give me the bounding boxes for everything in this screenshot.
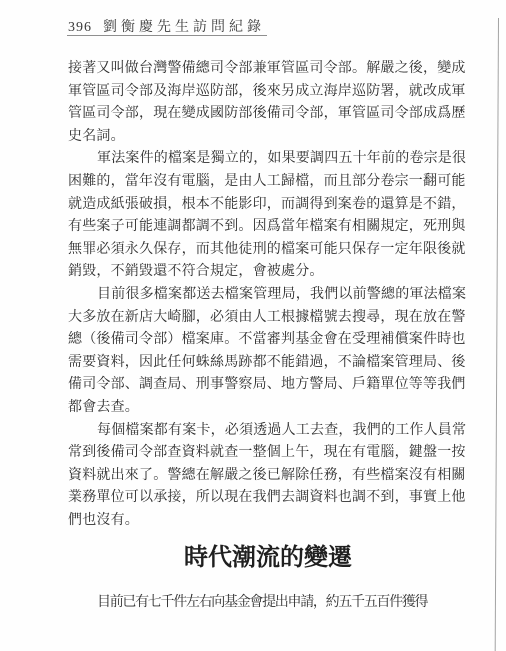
page-number: 396 [68,20,92,36]
text-line: 無罪必須永久保存，而其他徒刑的檔案可能只保存一定年限後就 [68,239,468,262]
text-line: 史名詞。 [68,126,468,149]
text-line: 都會去查。 [68,397,468,420]
text-line: 備司令部、調查局、刑事警察局、地方警局、戶籍單位等等我們 [68,374,468,397]
text-line: 目前很多檔案都送去檔案管理局，我們以前警總的軍法檔案 [68,284,468,307]
text-line: 管區司令部，現在變成國防部後備司令部，軍管區司令部成爲歷 [68,103,468,126]
text-line: 軍法案件的檔案是獨立的，如果要調四五十年前的卷宗是很 [68,148,468,171]
text-line: 資料就出來了。警總在解嚴之後已解除任務，有些檔案沒有相關 [68,465,468,488]
text-line: 困難的，當年沒有電腦，是由人工歸檔，而且部分卷宗一翻可能 [68,171,468,194]
book-page: 396劉衡慶先生訪問紀錄 接著又叫做台灣警備總司令部兼軍管區司令部。解嚴之後，變… [0,0,506,651]
text-line: 每個檔案都有案卡，必須透過人工去查，我們的工作人員常 [68,420,468,443]
body-text: 接著又叫做台灣警備總司令部兼軍管區司令部。解嚴之後，變成 軍管區司令部及海岸巡防… [68,58,468,532]
text-line: 就造成紙張破損，根本不能影印，而調得到案卷的還算是不錯， [68,194,468,217]
text-line: 銷毀，不銷毀還不符合規定，會被處分。 [68,261,468,284]
text-line: 們也沒有。 [68,510,468,533]
text-line: 常到後備司令部查資料就查一整個上午，現在有電腦，鍵盤一按 [68,442,468,465]
text-line: 總（後備司令部）檔案庫。不當審判基金會在受理補償案件時也 [68,329,468,352]
text-line: 大多放在新店大崎腳，必須由人工根據檔號去搜尋，現在放在警 [68,307,468,330]
text-line: 目前已有七千件左右向基金會提出申請，約五千五百件獲得 [68,592,468,615]
page-edge-line [495,18,499,651]
closing-paragraph: 目前已有七千件左右向基金會提出申請，約五千五百件獲得 [68,592,468,615]
header-rule [67,35,267,36]
running-title: 劉衡慶先生訪問紀錄 [103,16,265,36]
text-line: 接著又叫做台灣警備總司令部兼軍管區司令部。解嚴之後，變成 [68,58,468,81]
text-line: 有些案子可能連調都調不到。因爲當年檔案有相關規定，死刑與 [68,216,468,239]
text-line: 業務單位可以承接，所以現在我們去調資料也調不到，事實上他 [68,487,468,510]
text-line: 需要資料，因此任何蛛絲馬跡都不能錯過，不論檔案管理局、後 [68,352,468,375]
section-heading: 時代潮流的變遷 [68,543,468,573]
page-header: 396劉衡慶先生訪問紀錄 [68,16,265,36]
text-line: 軍管區司令部及海岸巡防部，後來另成立海岸巡防署，就改成軍 [68,81,468,104]
